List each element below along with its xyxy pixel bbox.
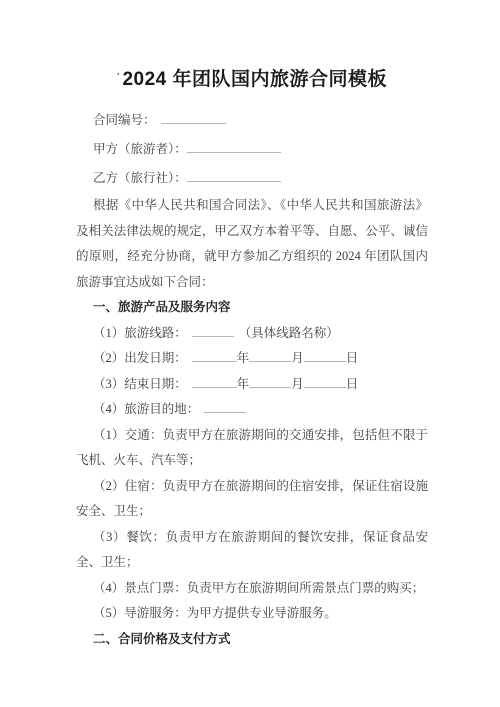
service-item-transport: （1）交通：负责甲方在旅游期间的交通安排，包括但不限于飞机、火车、汽车等； (76, 423, 428, 474)
party-b-line: 乙方（旅行社）： (76, 164, 428, 193)
service-item-lodging: （2）住宿：负责甲方在旅游期间的住宿安排，保证住宿设施安全、卫生； (76, 474, 428, 525)
year-unit: 年 (237, 351, 250, 365)
month-unit: 月 (291, 351, 304, 365)
title-bullet: · (117, 69, 121, 79)
end-day-blank (304, 374, 346, 388)
contract-document: ·2024 年团队国内旅游合同模板 合同编号： 甲方（旅游者）： 乙方（旅行社）… (0, 0, 500, 652)
route-label: （1）旅游线路： (93, 326, 187, 340)
depart-year-blank (192, 348, 237, 362)
day-unit: 日 (346, 377, 359, 391)
day-unit: 日 (346, 351, 359, 365)
intro-paragraph: 根据《中华人民共和国合同法》、《中华人民共和国旅游法》及相关法律法规的规定，甲乙… (76, 193, 428, 295)
service-item-dining: （3）餐饮：负责甲方在旅游期间的餐饮安排，保证食品安全、卫生； (76, 525, 428, 576)
end-year-blank (192, 374, 237, 388)
section2-heading: 二、合同价格及支付方式 (76, 627, 428, 653)
destination-line: （4）旅游目的地： (76, 397, 428, 423)
destination-blank (204, 399, 246, 413)
route-line: （1）旅游线路：（具体线路名称） (76, 321, 428, 347)
document-title-text: 2024 年团队国内旅游合同模板 (122, 69, 387, 90)
party-a-line: 甲方（旅游者）： (76, 135, 428, 164)
depart-day-blank (304, 348, 346, 362)
document-page: ·2024 年团队国内旅游合同模板 合同编号： 甲方（旅游者）： 乙方（旅行社）… (0, 0, 500, 707)
end-date-label: （3）结束日期： (93, 377, 187, 391)
party-b-blank (187, 168, 281, 182)
document-title: ·2024 年团队国内旅游合同模板 (76, 62, 428, 92)
contract-number-blank (161, 110, 226, 124)
party-b-label: 乙方（旅行社）： (93, 171, 187, 185)
route-note: （具体线路名称） (239, 326, 339, 340)
end-month-blank (249, 374, 291, 388)
service-item-tickets: （4）景点门票：负责甲方在旅游期间所需景点门票的购买； (76, 576, 428, 602)
month-unit: 月 (291, 377, 304, 391)
depart-date-label: （2）出发日期： (93, 351, 187, 365)
route-blank (192, 323, 234, 337)
service-item-guide: （5）导游服务：为甲方提供专业导游服务。 (76, 601, 428, 627)
destination-label: （4）旅游目的地： (93, 402, 199, 416)
party-a-label: 甲方（旅游者）： (93, 142, 187, 156)
contract-number-line: 合同编号： (76, 106, 428, 135)
section1-heading: 一、旅游产品及服务内容 (76, 295, 428, 321)
party-a-blank (187, 139, 281, 153)
end-date-line: （3）结束日期：年月日 (76, 372, 428, 398)
year-unit: 年 (237, 377, 250, 391)
depart-month-blank (249, 348, 291, 362)
contract-header-fields: 合同编号： 甲方（旅游者）： 乙方（旅行社）： (76, 106, 428, 193)
contract-number-label: 合同编号： (93, 113, 156, 127)
depart-date-line: （2）出发日期：年月日 (76, 346, 428, 372)
